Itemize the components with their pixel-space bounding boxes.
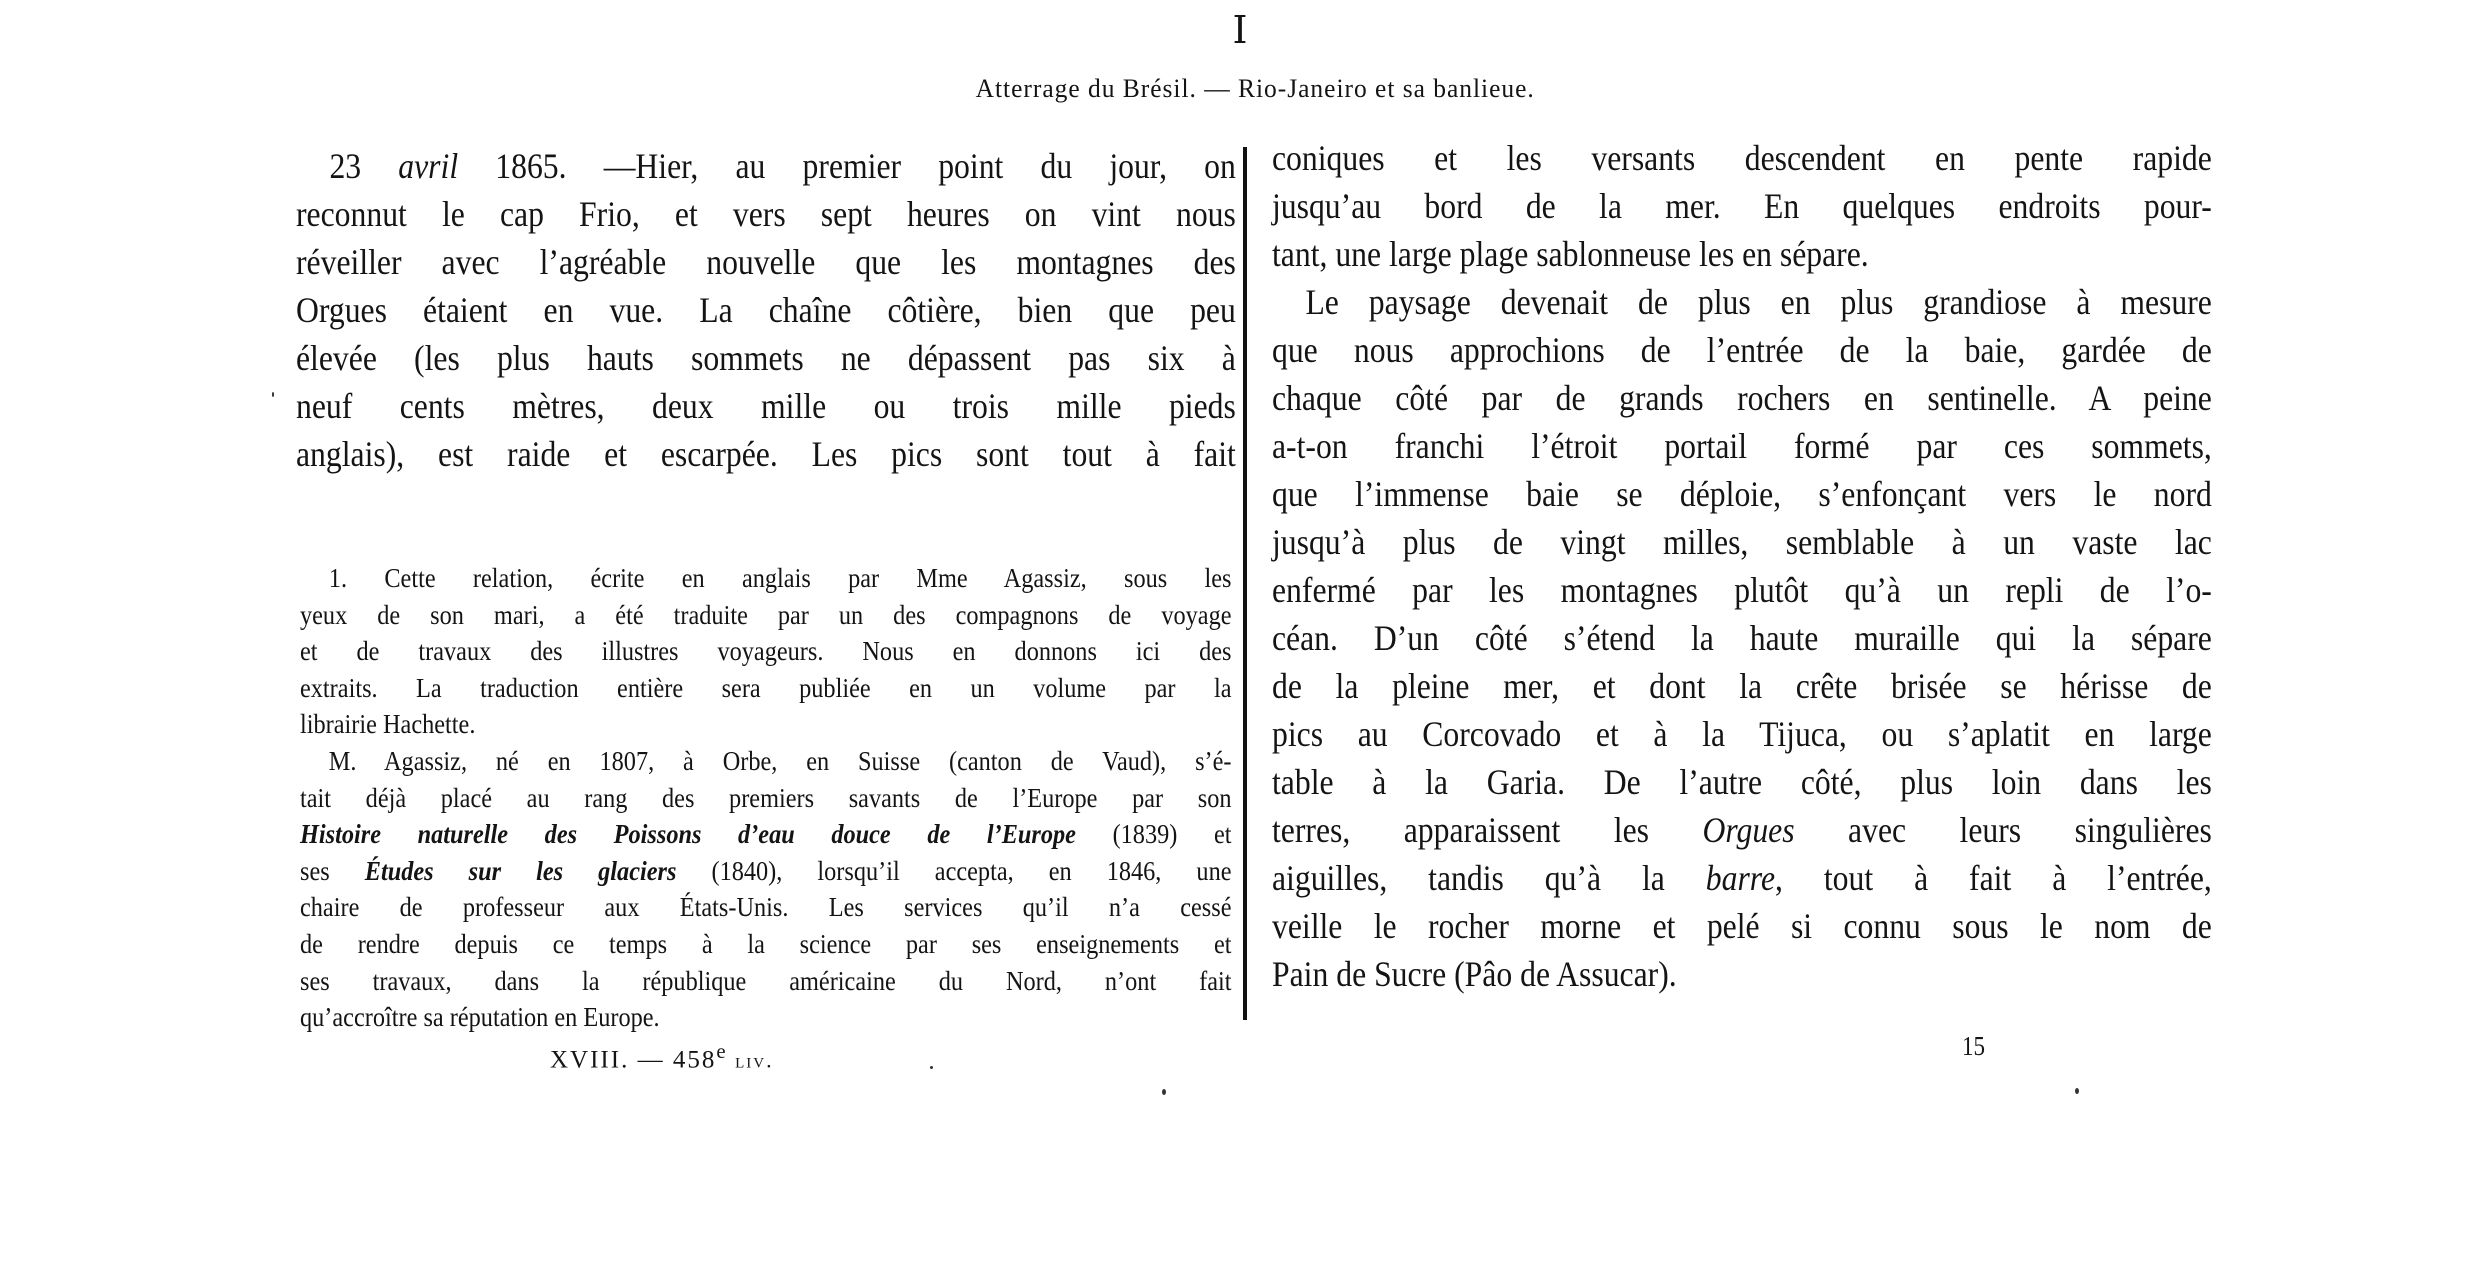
text-line: que l’immense baie se déploie, s’enfonça… <box>1272 470 2212 518</box>
text-line: coniques et les versants descendent en p… <box>1272 134 2212 182</box>
footnote-line: de rendre depuis ce temps à la science p… <box>300 926 1232 963</box>
scan-speck <box>1162 1089 1166 1095</box>
footnote-line: et de travaux des illustres voyageurs. N… <box>300 633 1232 670</box>
chapter-number: I <box>0 8 2481 52</box>
right-column: coniques et les versants descendent en p… <box>1272 134 2222 998</box>
text-line: céan. D’un côté s’étend la haute muraill… <box>1272 614 2212 662</box>
text-line: enfermé par les montagnes plutôt qu’à un… <box>1272 566 2212 614</box>
orgues-italic: Orgues <box>1702 810 1794 850</box>
date-month-italic: avril <box>398 146 458 186</box>
text-line: table à la Garia. De l’autre côté, plus … <box>1272 758 2212 806</box>
text-line: réveiller avec l’agréable nouvelle que l… <box>296 238 1236 286</box>
book-title-italic: Études sur les glaciers <box>365 856 677 886</box>
text-line: Pain de Sucre (Pâo de Assucar). <box>1272 950 2212 998</box>
footnote-line: M. Agassiz, né en 1807, à Orbe, en Suiss… <box>300 743 1232 780</box>
left-column: 23 avril 1865. —Hier, au premier point d… <box>296 142 1236 478</box>
text-line: jusqu’au bord de la mer. En quelques end… <box>1272 182 2212 230</box>
scan-speck <box>2075 1088 2079 1094</box>
chapter-title: Atterrage du Brésil. — Rio-Janeiro et sa… <box>25 72 2456 106</box>
text-line: reconnut le cap Frio, et vers sept heure… <box>296 190 1236 238</box>
footnote-line: qu’accroître sa réputation en Europe. <box>300 999 1232 1036</box>
footnotes: 1. Cette relation, écrite en anglais par… <box>300 560 1232 1036</box>
barre-italic: barre <box>1706 858 1775 898</box>
page-number: 15 <box>1962 1030 1985 1062</box>
text-line: anglais), est raide et escarpée. Les pic… <box>296 430 1236 478</box>
text-line: neuf cents mètres, deux mille ou trois m… <box>296 382 1236 430</box>
footnote-line: Histoire naturelle des Poissons d’eau do… <box>300 816 1232 853</box>
footnote-line: extraits. La traduction entière sera pub… <box>300 670 1232 707</box>
text-line: élevée (les plus hauts sommets ne dépass… <box>296 334 1236 382</box>
footnote-line: librairie Hachette. <box>300 706 1232 743</box>
scan-speck <box>272 392 274 397</box>
text-line: veille le rocher morne et pelé si connu … <box>1272 902 2212 950</box>
text-line: pics au Corcovado et à la Tijuca, ou s’a… <box>1272 710 2212 758</box>
text-line: terres, apparaissent les Orgues avec leu… <box>1272 806 2212 854</box>
column-divider <box>1243 147 1247 1020</box>
text-line: a-t-on franchi l’étroit portail formé pa… <box>1272 422 2212 470</box>
footnote-line: ses travaux, dans la république américai… <box>300 963 1232 1000</box>
footnote-line: yeux de son mari, a été traduite par un … <box>300 597 1232 634</box>
text-line: 23 avril 1865. —Hier, au premier point d… <box>296 142 1236 190</box>
footnote-line: ses Études sur les glaciers (1840), lors… <box>300 853 1232 890</box>
text-line: Le paysage devenait de plus en plus gran… <box>1272 278 2212 326</box>
text-line: Orgues étaient en vue. La chaîne côtière… <box>296 286 1236 334</box>
text-line: jusqu’à plus de vingt milles, semblable … <box>1272 518 2212 566</box>
book-title-italic: Histoire naturelle des Poissons d’eau do… <box>300 819 1076 849</box>
scan-speck <box>930 1066 933 1069</box>
footnote-line: 1. Cette relation, écrite en anglais par… <box>300 560 1232 597</box>
footnote-line: tait déjà placé au rang des premiers sav… <box>300 780 1232 817</box>
text-line: de la pleine mer, et dont la crête brisé… <box>1272 662 2212 710</box>
text-line: chaque côté par de grands rochers en sen… <box>1272 374 2212 422</box>
text-line: aiguilles, tandis qu’à la barre, tout à … <box>1272 854 2212 902</box>
footnote-line: chaire de professeur aux États-Unis. Les… <box>300 889 1232 926</box>
text-line: que nous approchions de l’entrée de la b… <box>1272 326 2212 374</box>
text-line: tant, une large plage sablonneuse les en… <box>1272 230 2212 278</box>
printer-signature: XVIII. — 458e liv. <box>550 1035 774 1076</box>
